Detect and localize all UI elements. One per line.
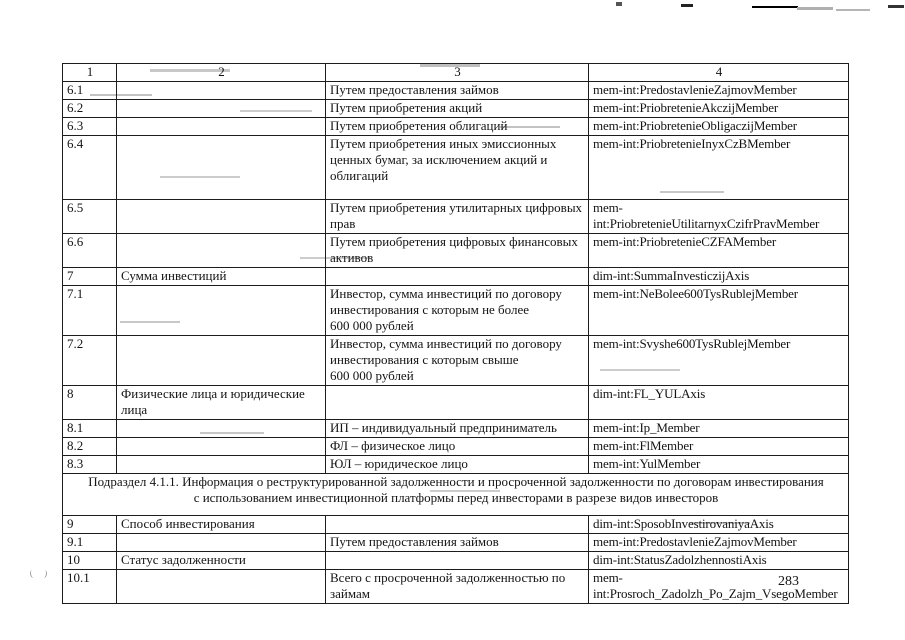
item-label-cell: Путем предоставления займов [326, 82, 589, 100]
taxonomy-code-cell: mem-int:Ip_Member [589, 420, 849, 438]
taxonomy-code-cell: mem-int:PriobretenieObligaczijMember [589, 118, 849, 136]
category-label-cell: Способ инвестирования [117, 516, 326, 534]
scan-artifact [888, 5, 904, 8]
table-body: 12346.1Путем предоставления займовmem-in… [63, 64, 849, 604]
scan-artifact [836, 9, 870, 11]
item-label-cell: ЮЛ – юридическое лицо [326, 456, 589, 474]
taxonomy-code-cell: mem-int:PriobretenieInyxCzBMember [589, 136, 849, 200]
category-label-cell [117, 200, 326, 234]
row-number-cell: 8.3 [63, 456, 117, 474]
row-number-cell: 10.1 [63, 570, 117, 604]
category-label-cell [117, 570, 326, 604]
item-label-cell: Путем приобретения утилитарных цифровых … [326, 200, 589, 234]
row-number-cell: 6.2 [63, 100, 117, 118]
category-label-cell [117, 118, 326, 136]
item-label-cell [326, 268, 589, 286]
item-label-cell: Инвестор, сумма инвестиций по договору и… [326, 286, 589, 336]
taxonomy-code-cell: mem-int:PredostavlenieZajmovMember [589, 534, 849, 552]
row-number-cell: 6.1 [63, 82, 117, 100]
item-label-cell: ФЛ – физическое лицо [326, 438, 589, 456]
page-number: 283 [778, 574, 799, 590]
column-header: 4 [589, 64, 849, 82]
row-number-cell: 9.1 [63, 534, 117, 552]
row-number-cell: 7.1 [63, 286, 117, 336]
category-label-cell [117, 100, 326, 118]
item-label-cell: ИП – индивидуальный предприниматель [326, 420, 589, 438]
column-header: 1 [63, 64, 117, 82]
scan-artifact [616, 2, 622, 6]
table-row: 10Статус задолженностиdim-int:StatusZado… [63, 552, 849, 570]
table-row: 9.1Путем предоставления займовmem-int:Pr… [63, 534, 849, 552]
item-label-cell [326, 386, 589, 420]
table-row: 8.1ИП – индивидуальный предпринимательme… [63, 420, 849, 438]
row-number-cell: 6.4 [63, 136, 117, 200]
item-label-cell: Всего с просроченной задолженностью по з… [326, 570, 589, 604]
document-page: 12346.1Путем предоставления займовmem-in… [0, 0, 905, 640]
table-row: 8.2ФЛ – физическое лицоmem-int:FlMember [63, 438, 849, 456]
row-number-cell: 6.5 [63, 200, 117, 234]
scan-artifact [681, 4, 693, 7]
item-label-cell: Путем приобретения цифровых финансовых а… [326, 234, 589, 268]
category-label-cell: Сумма инвестиций [117, 268, 326, 286]
table-row: 6.3Путем приобретения облигацийmem-int:P… [63, 118, 849, 136]
scan-artifact [752, 6, 798, 8]
row-number-cell: 8 [63, 386, 117, 420]
item-label-cell [326, 552, 589, 570]
scan-corner-mark [29, 570, 36, 579]
table-row: 7.1Инвестор, сумма инвестиций по договор… [63, 286, 849, 336]
row-number-cell: 8.2 [63, 438, 117, 456]
item-label-cell: Инвестор, сумма инвестиций по договору и… [326, 336, 589, 386]
category-label-cell [117, 336, 326, 386]
table-row: 8Физические лица и юридические лицаdim-i… [63, 386, 849, 420]
taxonomy-code-cell: mem-int:PriobretenieAkczijMember [589, 100, 849, 118]
scan-corner-mark [41, 570, 47, 579]
item-label-cell [326, 516, 589, 534]
item-label-cell: Путем приобретения акций [326, 100, 589, 118]
taxonomy-code-cell: mem-int:Svyshe600TysRublejMember [589, 336, 849, 386]
category-label-cell [117, 136, 326, 200]
table-row: 6.6Путем приобретения цифровых финансовы… [63, 234, 849, 268]
taxonomy-code-cell: mem-int:YulMember [589, 456, 849, 474]
table-row: 10.1Всего с просроченной задолженностью … [63, 570, 849, 604]
table-row: 7.2Инвестор, сумма инвестиций по договор… [63, 336, 849, 386]
category-label-cell: Физические лица и юридические лица [117, 386, 326, 420]
table-row: 8.3ЮЛ – юридическое лицоmem-int:YulMembe… [63, 456, 849, 474]
header-row: 1234 [63, 64, 849, 82]
column-header: 2 [117, 64, 326, 82]
category-label-cell [117, 438, 326, 456]
category-label-cell [117, 534, 326, 552]
category-label-cell: Статус задолженности [117, 552, 326, 570]
item-label-cell: Путем предоставления займов [326, 534, 589, 552]
section-title-line2: с использованием инвестиционной платформ… [67, 490, 845, 506]
row-number-cell: 10 [63, 552, 117, 570]
row-number-cell: 9 [63, 516, 117, 534]
taxonomy-code-cell: mem-int:NeBolee600TysRublejMember [589, 286, 849, 336]
taxonomy-code-cell: mem- int:PriobretenieUtilitarnyxCzifrPra… [589, 200, 849, 234]
document-table: 12346.1Путем предоставления займовmem-in… [62, 63, 849, 604]
section-title-cell: Подраздел 4.1.1. Информация о реструктур… [63, 474, 849, 516]
taxonomy-code-cell: dim-int:FL_YULAxis [589, 386, 849, 420]
row-number-cell: 6.6 [63, 234, 117, 268]
table-row: 6.5Путем приобретения утилитарных цифров… [63, 200, 849, 234]
taxonomy-code-cell: dim-int:StatusZadolzhennostiAxis [589, 552, 849, 570]
category-label-cell [117, 286, 326, 336]
item-label-cell: Путем приобретения облигаций [326, 118, 589, 136]
taxonomy-code-cell: mem-int:PredostavlenieZajmovMember [589, 82, 849, 100]
taxonomy-code-cell: mem- int:Prosroch_Zadolzh_Po_Zajm_VsegoM… [589, 570, 849, 604]
taxonomy-code-cell: dim-int:SposobInvestirovaniyaAxis [589, 516, 849, 534]
table-row: 6.2Путем приобретения акцийmem-int:Priob… [63, 100, 849, 118]
table-row: 6.1Путем предоставления займовmem-int:Pr… [63, 82, 849, 100]
taxonomy-code-cell: mem-int:FlMember [589, 438, 849, 456]
taxonomy-code-cell: mem-int:PriobretenieCZFAMember [589, 234, 849, 268]
section-row: Подраздел 4.1.1. Информация о реструктур… [63, 474, 849, 516]
category-label-cell [117, 82, 326, 100]
row-number-cell: 8.1 [63, 420, 117, 438]
category-label-cell [117, 456, 326, 474]
scan-artifact [797, 7, 833, 10]
column-header: 3 [326, 64, 589, 82]
category-label-cell [117, 420, 326, 438]
taxonomy-code-cell: dim-int:SummaInvesticzijAxis [589, 268, 849, 286]
row-number-cell: 7 [63, 268, 117, 286]
table-row: 9Способ инвестированияdim-int:SposobInve… [63, 516, 849, 534]
category-label-cell [117, 234, 326, 268]
table-row: 7Сумма инвестицийdim-int:SummaInvesticzi… [63, 268, 849, 286]
row-number-cell: 6.3 [63, 118, 117, 136]
item-label-cell: Путем приобретения иных эмиссионных ценн… [326, 136, 589, 200]
row-number-cell: 7.2 [63, 336, 117, 386]
table-row: 6.4Путем приобретения иных эмиссионных ц… [63, 136, 849, 200]
section-title-line1: Подраздел 4.1.1. Информация о реструктур… [67, 474, 845, 490]
